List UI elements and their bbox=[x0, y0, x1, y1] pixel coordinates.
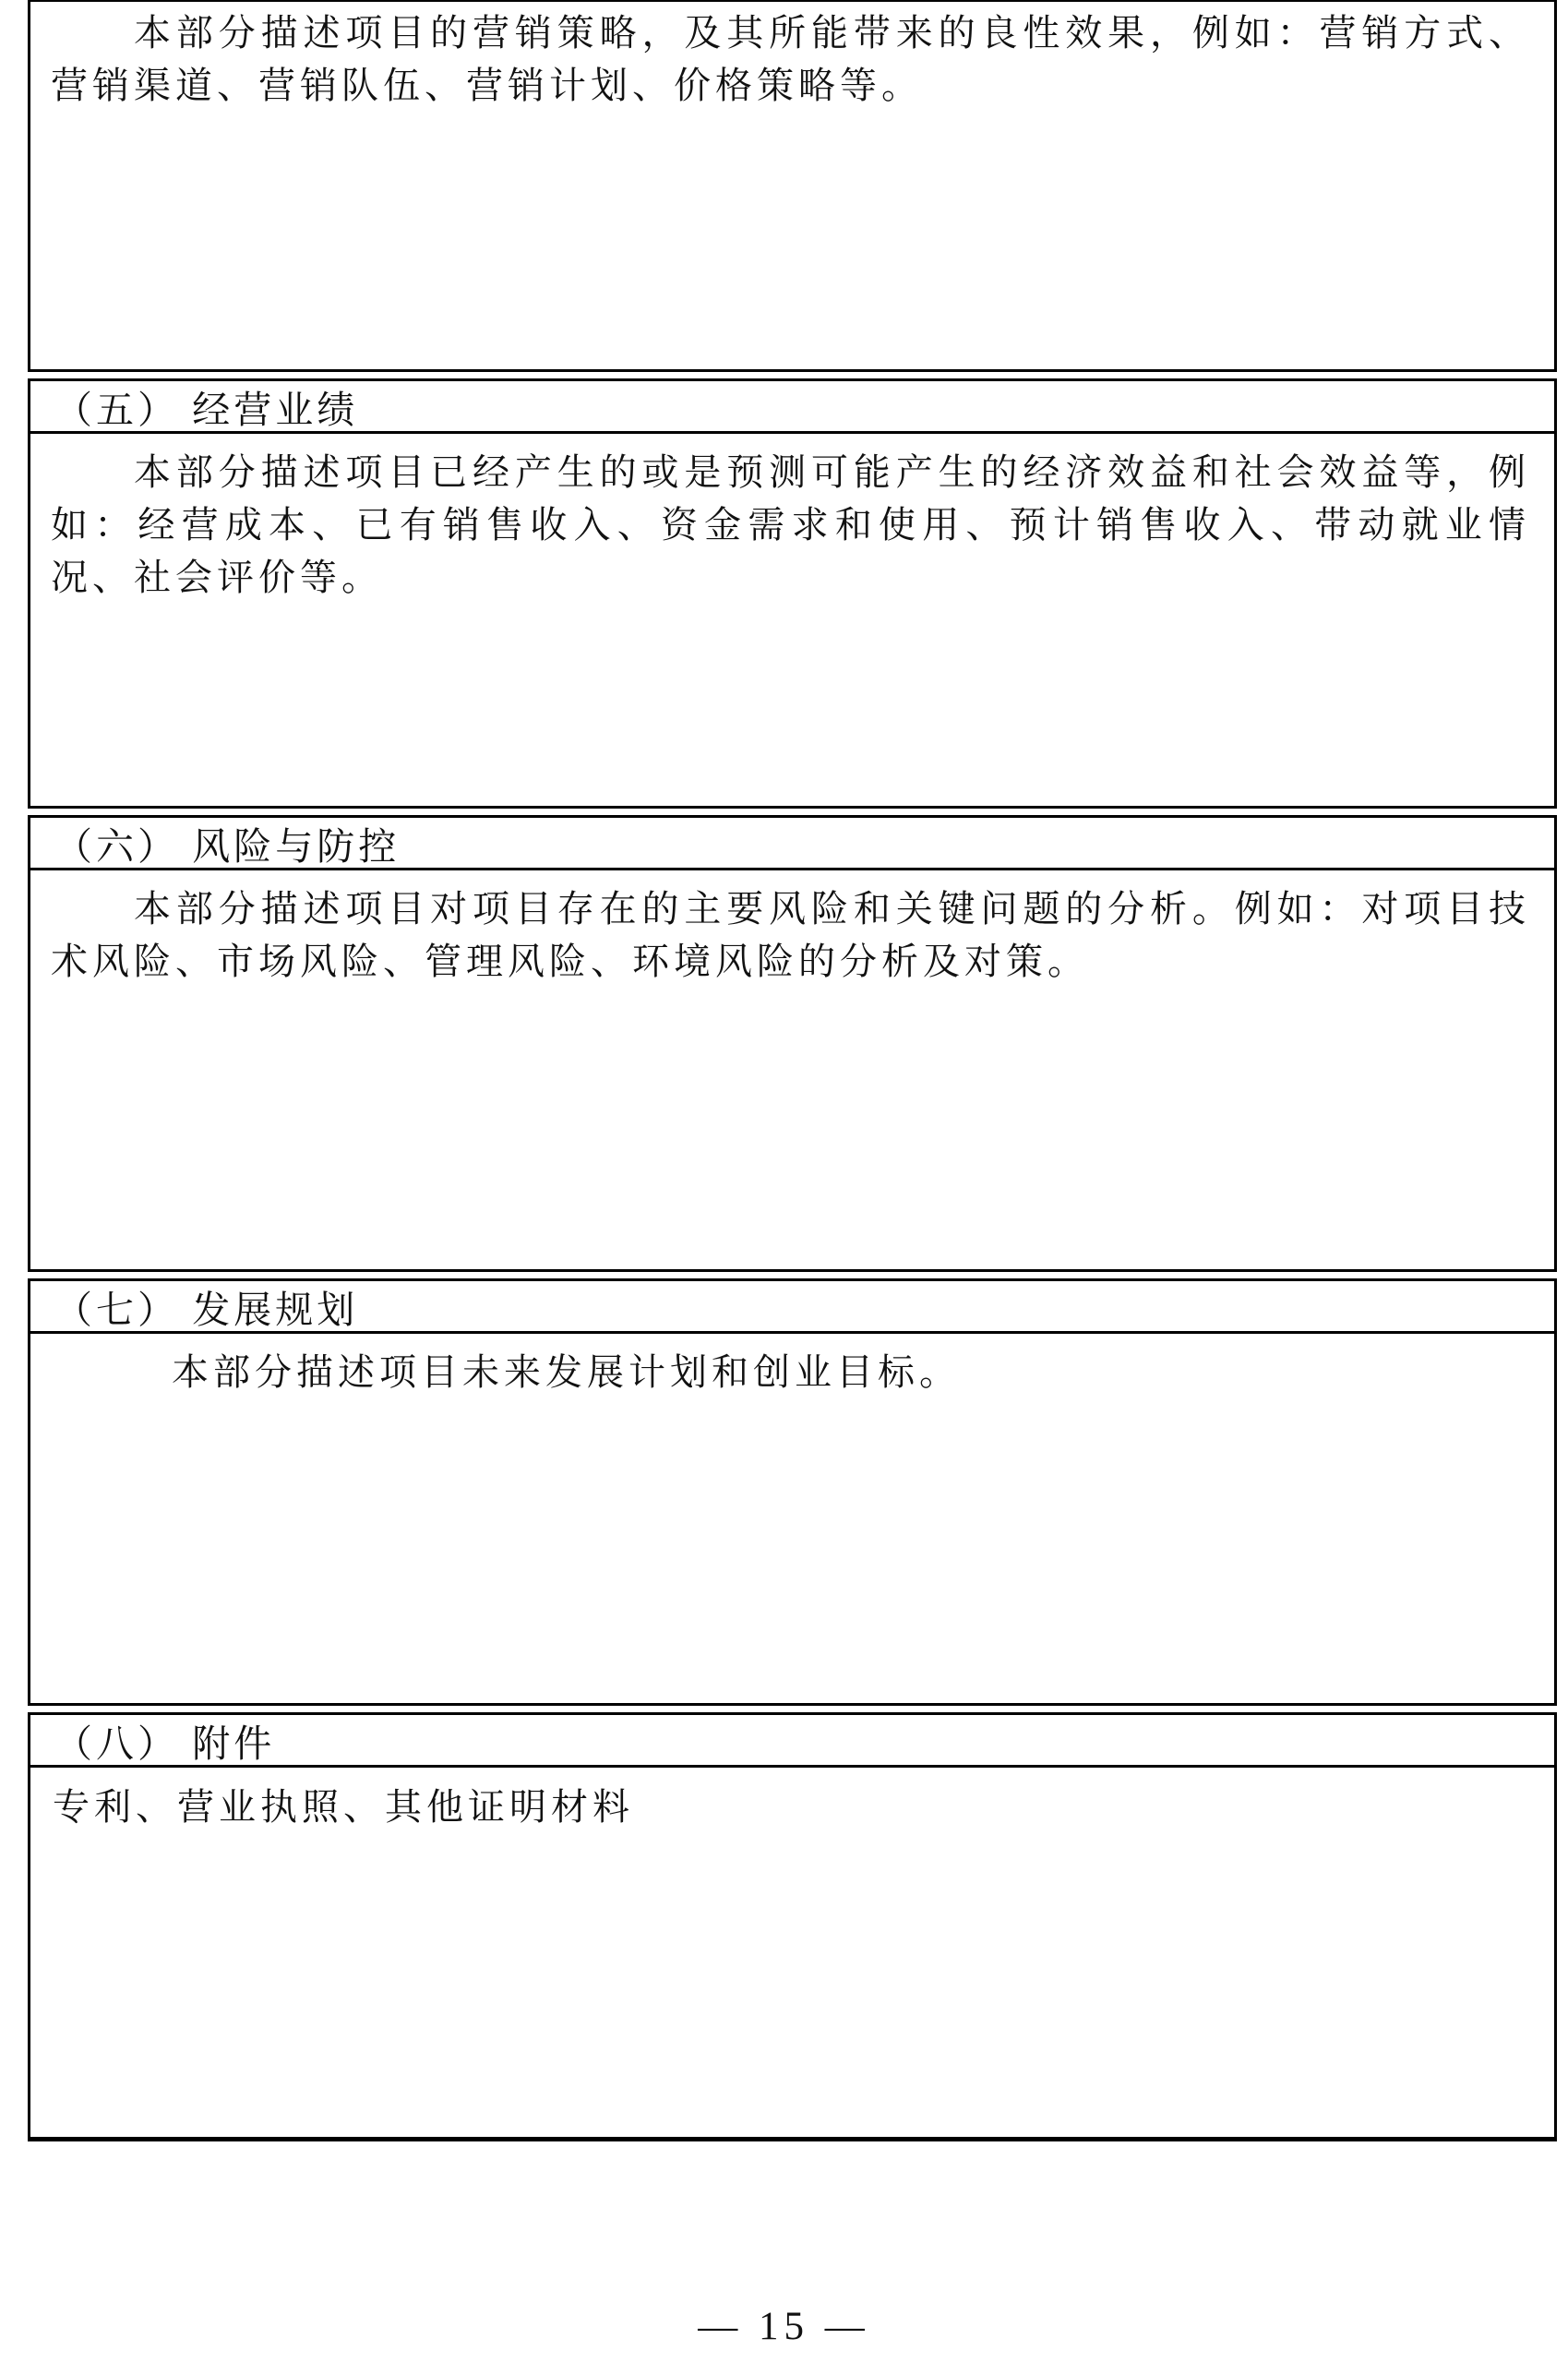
marketing-paragraph: 本部分描述项目的营销策略，及其所能带来的良性效果，例如：营销方式、营销渠道、营销… bbox=[51, 6, 1530, 112]
section-8-body: 专利、营业执照、其他证明材料 bbox=[30, 1768, 1554, 1833]
attachments-paragraph: 专利、营业执照、其他证明材料 bbox=[53, 1781, 1530, 1833]
section-5-heading: （五） 经营业绩 bbox=[30, 381, 1554, 434]
risk-paragraph: 本部分描述项目对项目存在的主要风险和关键问题的分析。例如：对项目技术风险、市场风… bbox=[51, 882, 1530, 988]
section-8-heading: （八） 附件 bbox=[30, 1715, 1554, 1768]
section-5-business-performance: （五） 经营业绩 本部分描述项目已经产生的或是预测可能产生的经济效益和社会效益等… bbox=[28, 378, 1557, 809]
section-7-body: 本部分描述项目未来发展计划和创业目标。 bbox=[30, 1334, 1554, 1398]
section-6-risk-and-control: （六） 风险与防控 本部分描述项目对项目存在的主要风险和关键问题的分析。例如：对… bbox=[28, 815, 1557, 1272]
page-number: — 15 — bbox=[0, 2304, 1568, 2349]
section-7-development-plan: （七） 发展规划 本部分描述项目未来发展计划和创业目标。 bbox=[28, 1278, 1557, 1706]
business-performance-paragraph: 本部分描述项目已经产生的或是预测可能产生的经济效益和社会效益等，例如：经营成本、… bbox=[51, 446, 1530, 604]
section-6-heading: （六） 风险与防控 bbox=[30, 818, 1554, 870]
section-5-body: 本部分描述项目已经产生的或是预测可能产生的经济效益和社会效益等，例如：经营成本、… bbox=[30, 434, 1554, 604]
document-page: 本部分描述项目的营销策略，及其所能带来的良性效果，例如：营销方式、营销渠道、营销… bbox=[0, 0, 1568, 2363]
section-7-heading: （七） 发展规划 bbox=[30, 1281, 1554, 1334]
section-marketing-continued: 本部分描述项目的营销策略，及其所能带来的良性效果，例如：营销方式、营销渠道、营销… bbox=[28, 0, 1557, 372]
section-marketing-body: 本部分描述项目的营销策略，及其所能带来的良性效果，例如：营销方式、营销渠道、营销… bbox=[30, 2, 1554, 112]
section-6-body: 本部分描述项目对项目存在的主要风险和关键问题的分析。例如：对项目技术风险、市场风… bbox=[30, 870, 1554, 988]
business-plan-template-table: 本部分描述项目的营销策略，及其所能带来的良性效果，例如：营销方式、营销渠道、营销… bbox=[28, 0, 1557, 2141]
development-plan-paragraph: 本部分描述项目未来发展计划和创业目标。 bbox=[51, 1346, 1530, 1398]
section-8-attachments: （八） 附件 专利、营业执照、其他证明材料 bbox=[28, 1712, 1557, 2141]
